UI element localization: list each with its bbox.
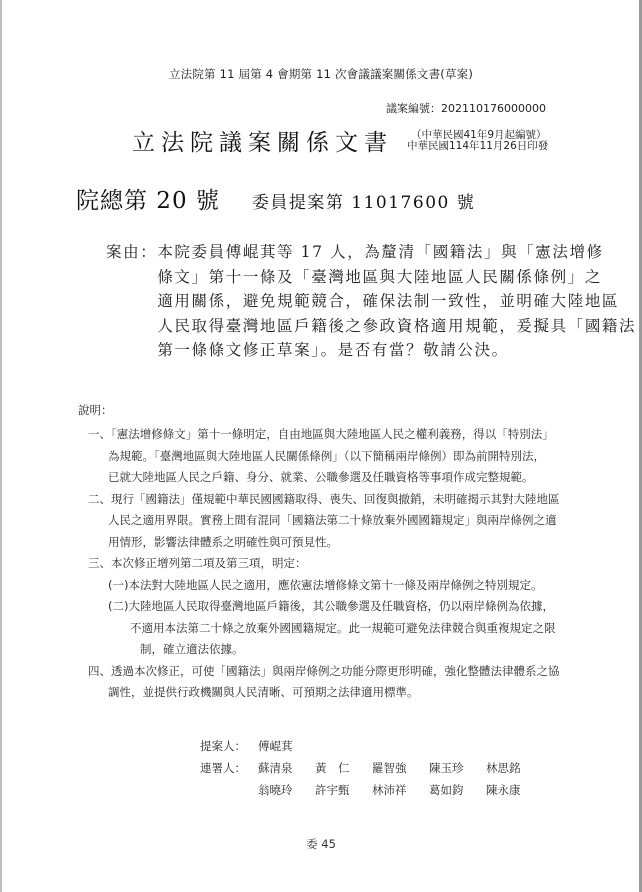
print-date: 中華民國114年11月26日印發 — [407, 141, 548, 152]
document-page: 立法院第 11 屆第 4 會期第 11 次會議議案關係文書(草案) 議案編號：2… — [0, 0, 642, 892]
document-title-meta: （中華民國41年9月起編號） 中華民國114年11月26日印發 — [407, 130, 548, 152]
cosigner-label: 連署人： — [200, 757, 258, 779]
explanation-line: 用情形，影響法律體系之明確性與可預見性。 — [78, 532, 598, 554]
explanation-item-1: 一、「憲法增修條文」第十一條明定，自由地區與大陸地區人民之權利義務，得以「特別法… — [78, 424, 598, 489]
explanation-line: 二、現行「國籍法」僅規範中華民國國籍取得、喪失、回復與撤銷，未明確揭示其對大陸地… — [78, 489, 598, 511]
cosigner-name: 許宇甄 — [315, 779, 372, 801]
explanation-subitem-line: 不適用本法第二十條之放棄外國國籍規定。此一規範可避免法律競合與重複規定之限 — [78, 618, 598, 640]
reference-numbers: 院總第 20 號 委員提案第 11017600 號 — [76, 182, 475, 215]
subject-line: 條文」第十一條及「臺灣地區與大陸地區人民關係條例」之 — [157, 265, 636, 290]
explanation-subitem-2: (二)大陸地區人民取得臺灣地區戶籍後，其公職參選及任職資格，仍以兩岸條例為依據， — [78, 596, 598, 618]
subject-text: 本院委員傅崐萁等 17 人，為釐清「國籍法」與「憲法增修 條文」第十一條及「臺灣… — [157, 240, 636, 363]
session-header: 立法院第 11 屆第 4 會期第 11 次會議議案關係文書(草案) — [0, 66, 642, 82]
cosigners-row-2: 翁曉玲 許宇甄 林沛祥 葛如鈞 陳永康 — [200, 779, 543, 801]
explanation-line: 已就大陸地區人民之戶籍、身分、就業、公職參選及任職資格等事項作成完整規範。 — [78, 467, 598, 489]
proposer-row: 提案人： 傅崐萁 — [200, 735, 543, 757]
cosigner-name: 陳玉珍 — [429, 757, 486, 779]
explanation-line: 人民之適用界限。實務上間有混同「國籍法第二十條放棄外國國籍規定」與兩岸條例之適 — [78, 510, 598, 532]
subject-line: 人民取得臺灣地區戶籍後之參政資格適用規範，爰擬具「國籍法 — [157, 314, 636, 339]
cosigner-name: 黃 仁 — [315, 757, 372, 779]
proposer-label: 提案人： — [200, 735, 258, 757]
bill-number-value: 202110176000000 — [441, 102, 546, 115]
explanation-line: 調性，並提供行政機關與人民清晰、可預期之法律適用標準。 — [78, 682, 598, 704]
explanation-subitem-line: 制，確立適法依據。 — [78, 639, 598, 661]
subject-line: 本院委員傅崐萁等 17 人，為釐清「國籍法」與「憲法增修 — [157, 240, 636, 265]
explanation-line: 一、「憲法增修條文」第十一條明定，自由地區與大陸地區人民之權利義務，得以「特別法… — [78, 424, 598, 446]
cosigner-name: 蘇清泉 — [258, 757, 315, 779]
explanation-subitem-1: (一)本法對大陸地區人民之適用，應依憲法增修條文第十一條及兩岸條例之特別規定。 — [78, 575, 598, 597]
cosigner-name: 林思銘 — [486, 757, 543, 779]
cosigner-name: 羅智強 — [372, 757, 429, 779]
explanation-line: 為規範。「臺灣地區與大陸地區人民關係條例」（以下簡稱兩岸條例）即為前開特別法， — [78, 446, 598, 468]
explanation-item-3: 三、本次修正增列第二項及第三項，明定： (一)本法對大陸地區人民之適用，應依憲法… — [78, 553, 598, 661]
explanation-line: 三、本次修正增列第二項及第三項，明定： — [78, 553, 598, 575]
general-reference-number: 院總第 20 號 — [76, 182, 220, 215]
page-number: 委 45 — [0, 836, 642, 852]
numbering-note: （中華民國41年9月起編號） — [407, 130, 548, 141]
subject-section: 案由： 本院委員傅崐萁等 17 人，為釐清「國籍法」與「憲法增修 條文」第十一條… — [106, 240, 556, 363]
explanation-label: 說明： — [78, 402, 598, 418]
explanation-item-2: 二、現行「國籍法」僅規範中華民國國籍取得、喪失、回復與撤銷，未明確揭示其對大陸地… — [78, 489, 598, 554]
subject-line: 適用關係，避免規範競合，確保法制一致性，並明確大陸地區 — [157, 289, 636, 314]
document-title: 立法院議案關係文書 — [132, 124, 393, 157]
cosigner-name: 陳永康 — [486, 779, 543, 801]
signatories-section: 提案人： 傅崐萁 連署人： 蘇清泉 黃 仁 羅智強 陳玉珍 林思銘 翁曉玲 許宇… — [200, 735, 543, 801]
cosigner-name: 林沛祥 — [372, 779, 429, 801]
cosigners-row-1: 連署人： 蘇清泉 黃 仁 羅智強 陳玉珍 林思銘 — [200, 757, 543, 779]
cosigner-name: 翁曉玲 — [258, 779, 315, 801]
subject-label: 案由： — [106, 240, 157, 363]
explanation-section: 說明： 一、「憲法增修條文」第十一條明定，自由地區與大陸地區人民之權利義務，得以… — [78, 402, 598, 704]
document-title-row: 立法院議案關係文書 （中華民國41年9月起編號） 中華民國114年11月26日印… — [132, 124, 548, 157]
proposer-name: 傅崐萁 — [258, 735, 315, 757]
bill-number-label: 議案編號： — [386, 102, 441, 115]
explanation-item-4: 四、透過本次修正，可使「國籍法」與兩岸條例之功能分際更形明確，強化整體法律體系之… — [78, 661, 598, 704]
bill-number: 議案編號：202110176000000 — [386, 100, 546, 116]
cosigner-spacer — [200, 779, 258, 801]
proposal-reference-number: 委員提案第 11017600 號 — [252, 188, 475, 213]
explanation-line: 四、透過本次修正，可使「國籍法」與兩岸條例之功能分際更形明確，強化整體法律體系之… — [78, 661, 598, 683]
subject-line: 第一條條文修正草案」。是否有當？敬請公決。 — [157, 338, 636, 363]
cosigner-name: 葛如鈞 — [429, 779, 486, 801]
